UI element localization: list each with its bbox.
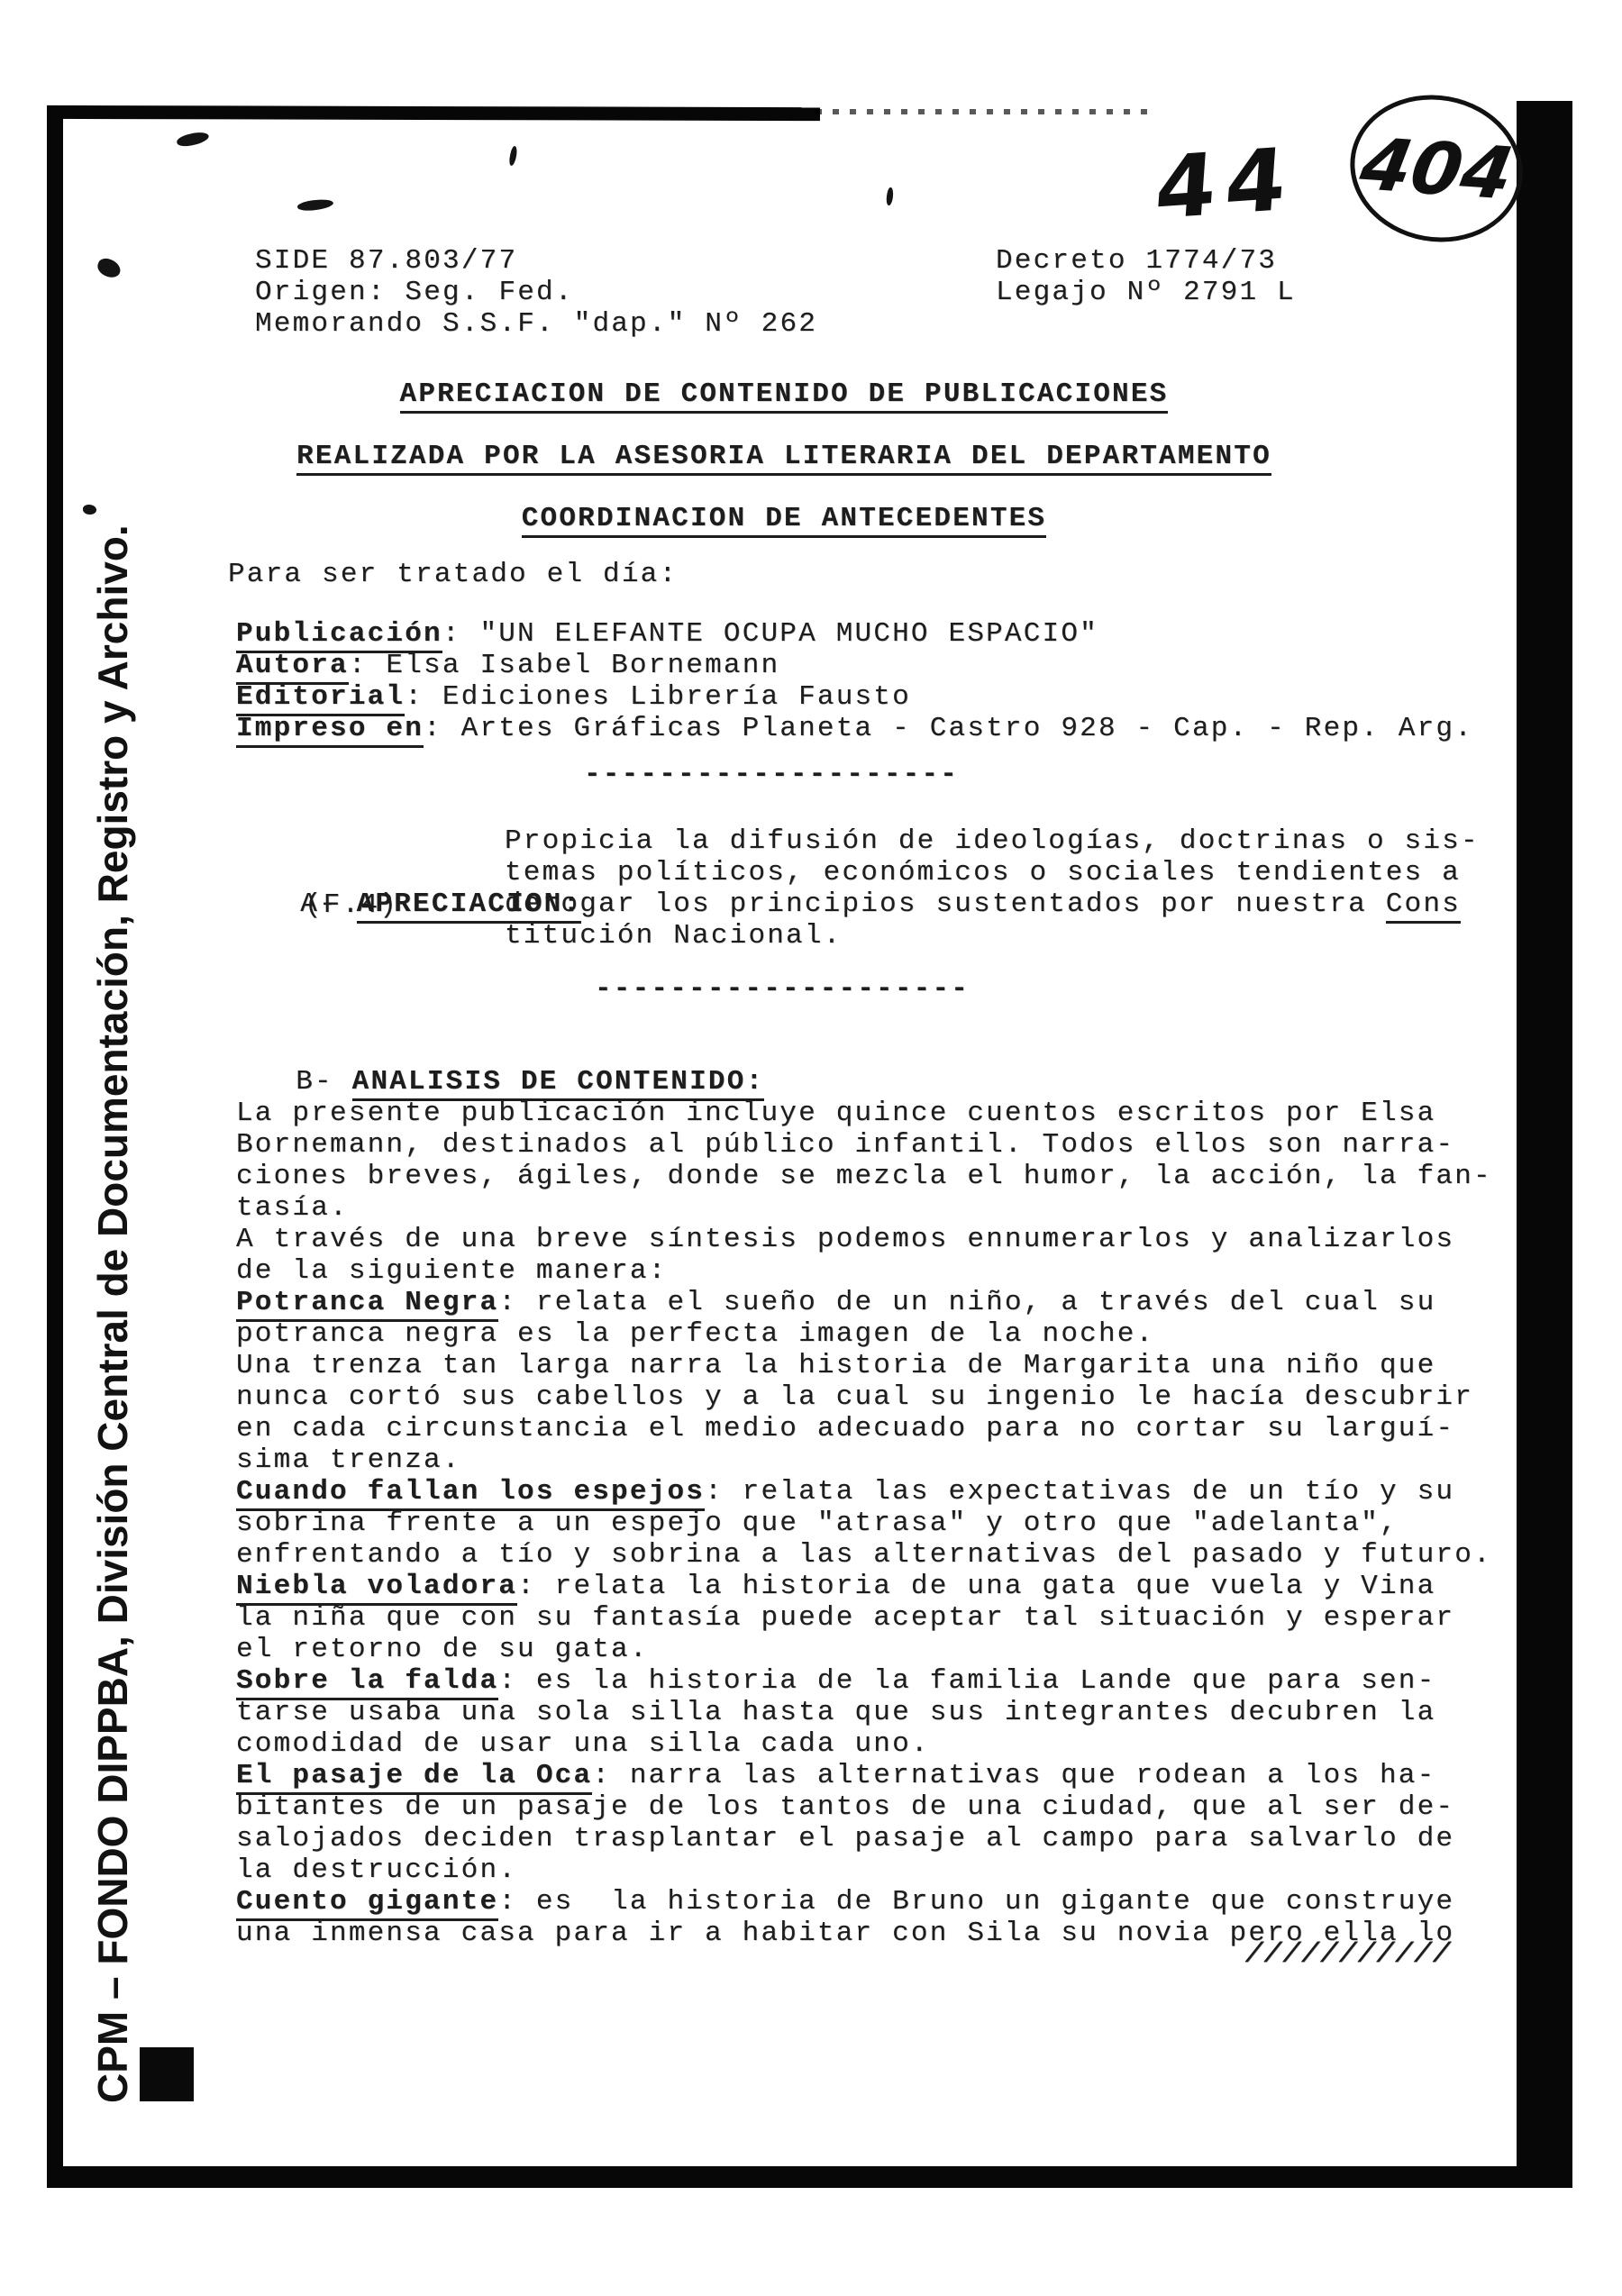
header-line: Origen: Seg. Fed.: [255, 277, 817, 308]
analysis-line: Bornemann, destinados al público infanti…: [236, 1129, 1492, 1161]
analysis-line: Potranca Negra: relata el sueño de un ni…: [236, 1287, 1492, 1318]
analysis-line: sima trenza.: [236, 1444, 1492, 1476]
story-title: Niebla voladora: [236, 1571, 517, 1606]
publication-label: Publicación: [236, 618, 442, 653]
story-title: Potranca Negra: [236, 1287, 498, 1322]
report-line-text: la niña que con su fantasía puede acepta…: [236, 1602, 1454, 1634]
analysis-line: Niebla voladora: relata la historia de u…: [236, 1571, 1492, 1602]
appraisal-line: Propicia la difusión de ideologías, doct…: [505, 825, 1480, 857]
publication-label: Autora: [236, 650, 349, 685]
publication-block: Publicación: "UN ELEFANTE OCUPA MUCHO ES…: [236, 618, 1473, 744]
handwritten-page-number: 44: [1152, 129, 1299, 239]
scan-border-left: [47, 106, 63, 2186]
separator-dashes: --------------------: [595, 973, 970, 1005]
analysis-line: tarse usaba una sola silla hasta que sus…: [236, 1697, 1492, 1728]
publication-row: Publicación: "UN ELEFANTE OCUPA MUCHO ES…: [236, 618, 1473, 650]
analysis-line: El pasaje de la Oca: narra las alternati…: [236, 1760, 1492, 1791]
report-line-text: : relata el sueño de un niño, a través d…: [498, 1287, 1435, 1318]
publication-label: Impreso en: [236, 713, 424, 748]
title-line: COORDINACION DE ANTECEDENTES: [252, 503, 1316, 538]
analysis-line: ciones breves, ágiles, donde se mezcla e…: [236, 1161, 1492, 1192]
analysis-line: en cada circunstancia el medio adecuado …: [236, 1413, 1492, 1444]
report-line-text: enfrentando a tío y sobrina a las altern…: [236, 1539, 1492, 1571]
report-line-text: : narra las alternativas que rodean a lo…: [592, 1760, 1435, 1791]
header-line: Legajo Nº 2791 L: [996, 277, 1296, 308]
report-line-text: potranca negra es la perfecta imagen de …: [236, 1318, 1154, 1350]
report-line-text: bitantes de un pasaje de los tantos de u…: [236, 1791, 1454, 1823]
report-line-text: : relata la historia de una gata que vue…: [517, 1571, 1435, 1602]
header-line: Decreto 1774/73: [996, 245, 1296, 277]
analysis-line: sobrina frente a un espejo que "atrasa" …: [236, 1508, 1492, 1539]
story-title: Cuento gigante: [236, 1886, 498, 1921]
analysis-line: A través de una breve síntesis podemos e…: [236, 1224, 1492, 1255]
analysis-line: potranca negra es la perfecta imagen de …: [236, 1318, 1492, 1350]
appraisal-line: derogar los principios sustentados por n…: [505, 888, 1480, 920]
ink-speck: [96, 256, 123, 280]
story-title: Sobre la falda: [236, 1665, 498, 1700]
analysis-line: de la siguiente manera:: [236, 1255, 1492, 1287]
analysis-line: el retorno de su gata.: [236, 1634, 1492, 1665]
report-line-text: comodidad de usar una silla cada uno.: [236, 1728, 930, 1760]
publication-label: Editorial: [236, 681, 405, 716]
report-line-text: A través de una breve síntesis podemos e…: [236, 1224, 1454, 1255]
ink-speck: [176, 130, 210, 149]
report-line-text: : es la historia de Bruno un gigante que…: [498, 1886, 1454, 1918]
scan-border-right: [1517, 101, 1572, 2186]
title-text: APRECIACION DE CONTENIDO DE PUBLICACIONE…: [400, 378, 1169, 414]
document-page: CPM – FONDO DIPPBA, División Central de …: [0, 0, 1622, 2296]
appraisal-line: temas políticos, económicos o sociales t…: [505, 857, 1480, 888]
ink-speck: [296, 197, 333, 212]
archive-stamp: CPM – FONDO DIPPBA, División Central de …: [88, 524, 137, 2103]
underlined-tail: Cons: [1386, 888, 1461, 924]
report-line-text: : relata las expectativas de un tío y su: [705, 1476, 1454, 1508]
story-title: El pasaje de la Oca: [236, 1760, 592, 1795]
report-line-text: Una trenza tan larga narra la historia d…: [236, 1350, 1435, 1381]
report-line-text: Propicia la difusión de ideologías, doct…: [505, 825, 1480, 857]
analysis-line: comodidad de usar una silla cada uno.: [236, 1728, 1492, 1760]
publication-value: : Ediciones Librería Fausto: [405, 681, 911, 713]
title-line: APRECIACION DE CONTENIDO DE PUBLICACIONE…: [252, 378, 1316, 414]
report-line-text: sima trenza.: [236, 1444, 461, 1476]
separator-dashes: --------------------: [584, 759, 959, 790]
intro-line: Para ser tratado el día:: [228, 559, 678, 590]
title-text: REALIZADA POR LA ASESORIA LITERARIA DEL …: [296, 441, 1271, 476]
report-line-text: temas políticos, económicos o sociales t…: [505, 857, 1461, 888]
report-line-text: en cada circunstancia el medio adecuado …: [236, 1413, 1454, 1444]
section-b-index: B-: [296, 1066, 351, 1098]
publication-row: Impreso en: Artes Gráficas Planeta - Cas…: [236, 713, 1473, 744]
ink-speck: [508, 146, 518, 167]
publication-value: : Artes Gráficas Planeta - Castro 928 - …: [424, 713, 1473, 744]
report-line-text: de la siguiente manera:: [236, 1255, 667, 1287]
report-line-text: la destrucción.: [236, 1854, 517, 1886]
analysis-line: Cuando fallan los espejos: relata las ex…: [236, 1476, 1492, 1508]
publication-row: Autora: Elsa Isabel Bornemann: [236, 650, 1473, 681]
analysis-line: salojados deciden trasplantar el pasaje …: [236, 1823, 1492, 1854]
analysis-line: tasía.: [236, 1192, 1492, 1224]
story-title: Cuando fallan los espejos: [236, 1476, 705, 1511]
analysis-line: Cuento gigante: es la historia de Bruno …: [236, 1886, 1492, 1918]
analysis-line: la destrucción.: [236, 1854, 1492, 1886]
circled-folio-number: 404: [1338, 82, 1534, 256]
ink-speck: [886, 187, 895, 206]
report-line-text: salojados deciden trasplantar el pasaje …: [236, 1823, 1454, 1854]
analysis-line: enfrentando a tío y sobrina a las altern…: [236, 1539, 1492, 1571]
analysis-line: Una trenza tan larga narra la historia d…: [236, 1350, 1492, 1381]
report-line-text: derogar los principios sustentados por n…: [505, 888, 1386, 920]
continuation-slashes: ///////////: [1242, 1939, 1456, 1971]
publication-value: : Elsa Isabel Bornemann: [349, 650, 779, 681]
title-text: COORDINACION DE ANTECEDENTES: [522, 503, 1047, 538]
section-b-title: ANALISIS DE CONTENIDO:: [352, 1066, 765, 1101]
report-line-text: titución Nacional.: [505, 920, 842, 952]
publication-row: Editorial: Ediciones Librería Fausto: [236, 681, 1473, 713]
report-line-text: nunca cortó sus cabellos y a la cual su …: [236, 1381, 1473, 1413]
title-line: REALIZADA POR LA ASESORIA LITERARIA DEL …: [252, 441, 1316, 476]
report-line-text: Bornemann, destinados al público infanti…: [236, 1129, 1454, 1161]
analysis-line: Sobre la falda: es la historia de la fam…: [236, 1665, 1492, 1697]
stamp-square: [140, 2047, 194, 2101]
scan-border-bottom: [47, 2166, 1572, 2188]
report-line-text: La presente publicación incluye quince c…: [236, 1098, 1435, 1129]
circled-folio-number-text: 404: [1354, 122, 1519, 215]
report-line-text: el retorno de su gata.: [236, 1634, 649, 1665]
report-line-text: tasía.: [236, 1192, 349, 1224]
header-line: SIDE 87.803/77: [255, 245, 817, 277]
header-line: Memorando S.S.F. "dap." Nº 262: [255, 308, 817, 340]
section-a-code: (F.4): [305, 889, 398, 921]
report-line-text: ciones breves, ágiles, donde se mezcla e…: [236, 1161, 1492, 1192]
analysis-line: nunca cortó sus cabellos y a la cual su …: [236, 1381, 1492, 1413]
report-titles: APRECIACION DE CONTENIDO DE PUBLICACIONE…: [252, 378, 1316, 565]
scan-border-top: [47, 105, 820, 121]
analysis-line: La presente publicación incluye quince c…: [236, 1098, 1492, 1129]
report-line-text: tarse usaba una sola silla hasta que sus…: [236, 1697, 1435, 1728]
analysis-line: bitantes de un pasaje de los tantos de u…: [236, 1791, 1492, 1823]
publication-value: : "UN ELEFANTE OCUPA MUCHO ESPACIO": [442, 618, 1098, 650]
header-right: Decreto 1774/73Legajo Nº 2791 L: [996, 245, 1296, 308]
report-line-text: : es la historia de la familia Lande que…: [498, 1665, 1435, 1697]
section-a-text: Propicia la difusión de ideologías, doct…: [505, 825, 1480, 952]
analysis-line: la niña que con su fantasía puede acepta…: [236, 1602, 1492, 1634]
appraisal-line: titución Nacional.: [505, 920, 1480, 952]
ink-speck: [83, 505, 96, 515]
header-left: SIDE 87.803/77Origen: Seg. Fed.Memorando…: [255, 245, 817, 340]
report-line-text: sobrina frente a un espejo que "atrasa" …: [236, 1508, 1399, 1539]
scan-border-top-speckle: [816, 109, 1151, 114]
section-b-text: La presente publicación incluye quince c…: [236, 1098, 1492, 1949]
